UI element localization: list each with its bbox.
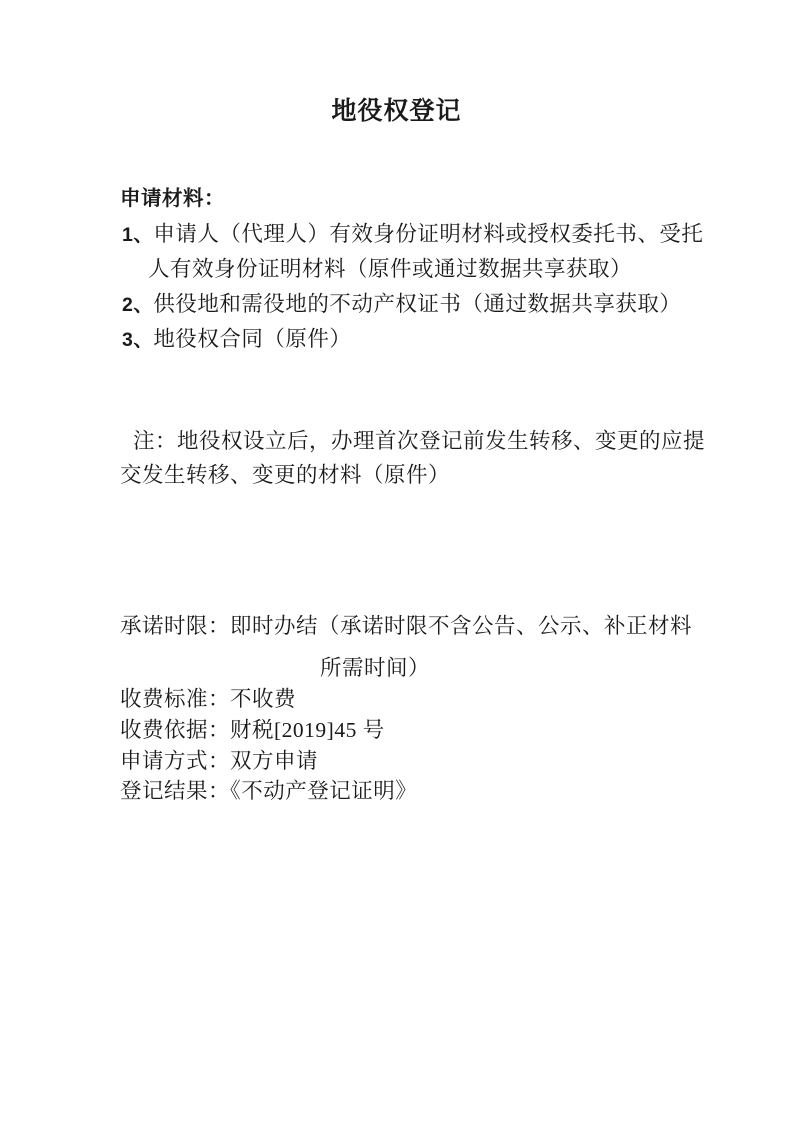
note-line-1: 注：地役权设立后，办理首次登记前发生转移、变更的应提 bbox=[133, 430, 705, 453]
material-item-3-text: 地役权合同（原件） bbox=[153, 327, 351, 351]
document-page: 地役权登记 申请材料： 1、申请人（代理人）有效身份证明材料或授权委托书、受托 … bbox=[0, 0, 793, 1122]
commitment-time-value: 即时办结（承诺时限不含公告、公示、补正材料 bbox=[230, 614, 692, 638]
fee-basis-label: 收费依据： bbox=[120, 718, 230, 742]
apply-method-label: 申请方式： bbox=[120, 749, 230, 773]
registration-result-value: 《不动产登记证明》 bbox=[230, 779, 417, 803]
apply-method-value: 双方申请 bbox=[230, 749, 318, 773]
material-item-3-number: 3、 bbox=[122, 330, 153, 350]
material-item-2-text: 供役地和需役地的不动产权证书（通过数据共享获取） bbox=[153, 292, 681, 316]
material-item-1-number: 1、 bbox=[122, 225, 153, 245]
commitment-time-line-2: 所需时间） bbox=[320, 657, 430, 680]
commitment-time-line-1: 承诺时限：即时办结（承诺时限不含公告、公示、补正材料 bbox=[120, 615, 692, 638]
fee-standard-label: 收费标准： bbox=[120, 687, 230, 711]
fee-basis-value: 财税[2019]45 号 bbox=[230, 718, 385, 742]
fee-standard-value: 不收费 bbox=[230, 687, 296, 711]
registration-result-row: 登记结果：《不动产登记证明》 bbox=[120, 780, 417, 803]
materials-heading: 申请材料： bbox=[120, 188, 225, 210]
material-item-2-number: 2、 bbox=[122, 295, 153, 315]
fee-standard-row: 收费标准：不收费 bbox=[120, 688, 296, 711]
material-item-3: 3、地役权合同（原件） bbox=[122, 328, 351, 351]
material-item-2: 2、供役地和需役地的不动产权证书（通过数据共享获取） bbox=[122, 293, 681, 316]
apply-method-row: 申请方式：双方申请 bbox=[120, 750, 318, 773]
registration-result-label: 登记结果： bbox=[120, 779, 230, 803]
note-line-2: 交发生转移、变更的材料（原件） bbox=[120, 464, 450, 487]
material-item-1-line-1: 1、申请人（代理人）有效身份证明材料或授权委托书、受托 bbox=[122, 223, 703, 246]
material-item-1-text: 申请人（代理人）有效身份证明材料或授权委托书、受托 bbox=[153, 222, 703, 246]
material-item-1-line-2: 人有效身份证明材料（原件或通过数据共享获取） bbox=[148, 258, 632, 281]
document-title: 地役权登记 bbox=[0, 97, 793, 126]
commitment-time-label: 承诺时限： bbox=[120, 614, 230, 638]
fee-basis-row: 收费依据：财税[2019]45 号 bbox=[120, 719, 385, 742]
